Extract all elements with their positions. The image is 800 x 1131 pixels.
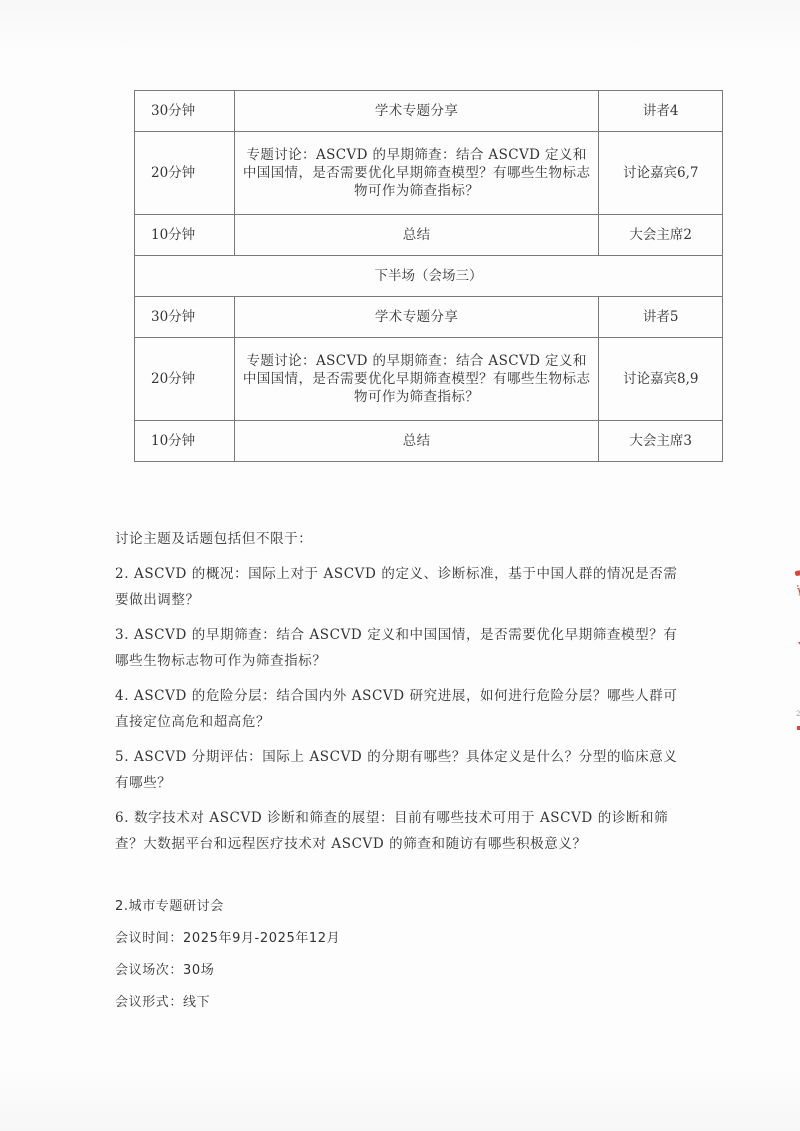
discussion-topic: 5. ASCVD 分期评估：国际上 ASCVD 的分期有哪些？具体定义是什么？分… bbox=[115, 744, 685, 796]
table-row: 20分钟 专题讨论：ASCVD 的早期筛查：结合 ASCVD 定义和中国国情，是… bbox=[135, 132, 723, 215]
duration-cell: 20分钟 bbox=[135, 338, 235, 421]
meeting-time: 会议时间：2025年9月-2025年12月 bbox=[115, 923, 685, 955]
discussion-topic: 4. ASCVD 的危险分层：结合国内外 ASCVD 研究进展，如何进行危险分层… bbox=[115, 683, 685, 735]
red-seal-stamp-fragment: ⅲ 20 bbox=[760, 540, 800, 770]
table-row: 20分钟 专题讨论：ASCVD 的早期筛查：结合 ASCVD 定义和中国国情，是… bbox=[135, 338, 723, 421]
scan-shading-top bbox=[0, 0, 800, 60]
topic-text: 总结 bbox=[235, 432, 599, 450]
topic-text: 专题讨论：ASCVD 的早期筛查：结合 ASCVD 定义和中国国情，是否需要优化… bbox=[235, 146, 599, 200]
speaker-cell: 大会主席3 bbox=[599, 421, 723, 462]
table-row: 30分钟 学术专题分享 讲者4 bbox=[135, 91, 723, 132]
duration-cell: 10分钟 bbox=[135, 215, 235, 256]
duration-cell: 30分钟 bbox=[135, 297, 235, 338]
topic-cell: 总结 bbox=[234, 421, 599, 462]
discussion-topic: 3. ASCVD 的早期筛查：结合 ASCVD 定义和中国国情，是否需要优化早期… bbox=[115, 622, 685, 674]
discussion-topic: 6. 数字技术对 ASCVD 诊断和筛查的展望：目前有哪些技术可用于 ASCVD… bbox=[115, 805, 685, 857]
schedule-table: 30分钟 学术专题分享 讲者4 20分钟 专题讨论：ASCVD 的早期筛查：结合… bbox=[134, 90, 723, 462]
table-row: 10分钟 总结 大会主席2 bbox=[135, 215, 723, 256]
speaker-cell: 讲者5 bbox=[599, 297, 723, 338]
discussion-topic: 2. ASCVD 的概况：国际上对于 ASCVD 的定义、诊断标准，基于中国人群… bbox=[115, 561, 685, 613]
topic-text: 专题讨论：ASCVD 的早期筛查：结合 ASCVD 定义和中国国情，是否需要优化… bbox=[235, 352, 599, 406]
speaker-cell: 讨论嘉宾8,9 bbox=[599, 338, 723, 421]
document-page: 30分钟 学术专题分享 讲者4 20分钟 专题讨论：ASCVD 的早期筛查：结合… bbox=[0, 0, 800, 1131]
topic-cell: 学术专题分享 bbox=[234, 91, 599, 132]
discussion-intro: 讨论主题及话题包括但不限于： bbox=[115, 526, 685, 552]
section-title: 下半场（会场三） bbox=[135, 256, 723, 297]
topic-cell: 学术专题分享 bbox=[234, 297, 599, 338]
speaker-cell: 讨论嘉宾6,7 bbox=[599, 132, 723, 215]
duration-cell: 10分钟 bbox=[135, 421, 235, 462]
topic-text: 学术专题分享 bbox=[235, 308, 599, 326]
topic-cell: 总结 bbox=[234, 215, 599, 256]
section-header-row: 下半场（会场三） bbox=[135, 256, 723, 297]
meeting-sessions: 会议场次：30场 bbox=[115, 955, 685, 987]
stamp-mark bbox=[795, 569, 800, 576]
section-heading: 2.城市专题研讨会 bbox=[115, 891, 685, 923]
topic-text: 总结 bbox=[235, 226, 599, 244]
stamp-glyph: ⅲ bbox=[795, 581, 800, 600]
meeting-format: 会议形式：线下 bbox=[115, 987, 685, 1019]
duration-cell: 20分钟 bbox=[135, 132, 235, 215]
city-seminar-section: 2.城市专题研讨会 会议时间：2025年9月-2025年12月 会议场次：30场… bbox=[115, 891, 685, 1019]
stamp-text: 20 bbox=[796, 710, 800, 718]
topic-cell: 专题讨论：ASCVD 的早期筛查：结合 ASCVD 定义和中国国情，是否需要优化… bbox=[234, 132, 599, 215]
topic-text: 学术专题分享 bbox=[235, 102, 599, 120]
table-row: 10分钟 总结 大会主席3 bbox=[135, 421, 723, 462]
scan-shading-bottom bbox=[0, 1061, 800, 1131]
topic-cell: 专题讨论：ASCVD 的早期筛查：结合 ASCVD 定义和中国国情，是否需要优化… bbox=[234, 338, 599, 421]
discussion-section: 讨论主题及话题包括但不限于： 2. ASCVD 的概况：国际上对于 ASCVD … bbox=[115, 526, 685, 857]
speaker-cell: 大会主席2 bbox=[599, 215, 723, 256]
speaker-cell: 讲者4 bbox=[599, 91, 723, 132]
table-row: 30分钟 学术专题分享 讲者5 bbox=[135, 297, 723, 338]
duration-cell: 30分钟 bbox=[135, 91, 235, 132]
